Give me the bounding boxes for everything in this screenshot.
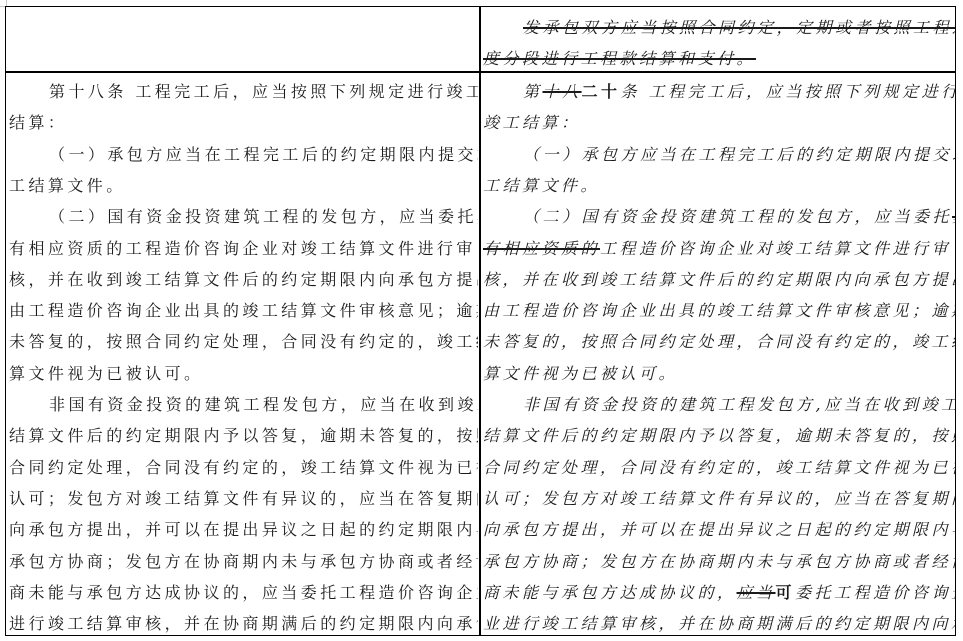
text-segment: 结算： bbox=[9, 113, 67, 132]
text-segment: 结算文件后的约定期限内予以答复，逾期未答复的，按照 bbox=[483, 426, 955, 445]
text-line: （一）承包方应当在工程完工后的约定期限内提交竣 bbox=[9, 139, 478, 170]
text-segment: 合同约定处理，合同没有约定的，竣工结算文件视为已被 bbox=[483, 458, 955, 477]
text-line: （二）国有资金投资建筑工程的发包方，应当委托具 bbox=[483, 201, 955, 232]
text-line: 竣工结算： bbox=[483, 107, 581, 138]
text-segment: 由工程造价咨询企业出具的竣工结算文件审核意见；逾期 bbox=[483, 301, 955, 320]
text-line: 业进行竣工结算审核，并在协商期满后的约定期限内向承 bbox=[483, 608, 955, 635]
text-line: 向承包方提出，并可以在提出异议之日起的约定期限内与 bbox=[9, 514, 478, 545]
cell-revised-top: 发承包双方应当按照合同约定，定期或者按照工程进度分段进行工程款结算和支付。 bbox=[481, 8, 955, 71]
text-segment: 业进行竣工结算审核，并在协商期满后的约定期限内向承 bbox=[483, 614, 955, 633]
deleted-text: 度分段进行工程款结算和支付。 bbox=[483, 49, 756, 68]
text-segment: 竣工结算： bbox=[483, 113, 581, 132]
text-line: 工结算文件。 bbox=[9, 170, 126, 201]
text-segment: 由工程造价咨询企业出具的竣工结算文件审核意见；逾期 bbox=[9, 301, 478, 320]
text-line: 非国有资金投资的建筑工程发包方,应当在收到竣工 bbox=[483, 389, 955, 420]
cell-original-top bbox=[7, 8, 478, 71]
text-line: 进行竣工结算审核，并在协商期满后的约定期限内向承包 bbox=[9, 608, 478, 635]
text-line: 核，并在收到竣工结算文件后的约定期限内向承包方提出 bbox=[483, 264, 955, 295]
text-line: 发承包双方应当按照合同约定，定期或者按照工程进 bbox=[483, 12, 955, 43]
text-segment: 认可；发包方对竣工结算文件有异议的，应当在答复期内 bbox=[9, 489, 478, 508]
deleted-text: 具 bbox=[952, 207, 955, 226]
text-segment: 未答复的，按照合同约定处理，合同没有约定的，竣工结 bbox=[483, 332, 955, 351]
cell-revised-article: 第十八二十条 工程完工后，应当按照下列规定进行竣工结算：（一）承包方应当在工程完… bbox=[481, 73, 955, 635]
text-segment: 条 工程完工后，应当按照下列规定进行 bbox=[621, 82, 955, 101]
text-segment: 第 bbox=[523, 82, 543, 101]
text-segment: 承包方协商；发包方在协商期内未与承包方协商或者经协 bbox=[9, 552, 478, 571]
text-segment: 核，并在收到竣工结算文件后的约定期限内向承包方提出 bbox=[483, 270, 955, 289]
text-line: 由工程造价咨询企业出具的竣工结算文件审核意见；逾期 bbox=[483, 295, 955, 326]
text-segment: （一）承包方应当在工程完工后的约定期限内提交竣 bbox=[49, 145, 478, 164]
text-line: 有相应资质的工程造价咨询企业对竣工结算文件进行审 bbox=[483, 233, 951, 264]
text-line: 承包方协商；发包方在协商期内未与承包方协商或者经协 bbox=[483, 546, 955, 577]
text-line: 未答复的，按照合同约定处理，合同没有约定的，竣工结 bbox=[9, 326, 478, 357]
text-line: 结算文件后的约定期限内予以答复，逾期未答复的，按照 bbox=[9, 420, 478, 451]
text-line: 向承包方提出，并可以在提出异议之日起的约定期限内与 bbox=[483, 514, 955, 545]
text-line: 算文件视为已被认可。 bbox=[9, 358, 204, 389]
text-segment: （一）承包方应当在工程完工后的约定期限内提交竣 bbox=[523, 145, 955, 164]
text-line: 结算文件后的约定期限内予以答复，逾期未答复的，按照 bbox=[483, 420, 955, 451]
deleted-text: 十八 bbox=[543, 82, 582, 101]
text-segment: 非国有资金投资的建筑工程发包方,应当在收到竣工 bbox=[523, 395, 955, 414]
text-segment: 第十八条 工程完工后，应当按照下列规定进行竣工 bbox=[49, 82, 478, 101]
text-segment: 未答复的，按照合同约定处理，合同没有约定的，竣工结 bbox=[9, 332, 478, 351]
text-line: 商未能与承包方达成协议的，应当委托工程造价咨询企业 bbox=[9, 577, 478, 608]
text-line: （二）国有资金投资建筑工程的发包方，应当委托具 bbox=[9, 201, 478, 232]
text-segment: 商未能与承包方达成协议的，应当委托工程造价咨询企业 bbox=[9, 583, 478, 602]
text-line: 非国有资金投资的建筑工程发包方，应当在收到竣工 bbox=[9, 389, 478, 420]
text-line: 算文件视为已被认可。 bbox=[483, 358, 678, 389]
text-line: 由工程造价咨询企业出具的竣工结算文件审核意见；逾期 bbox=[9, 295, 478, 326]
text-line: 结算： bbox=[9, 107, 67, 138]
deleted-text: 发承包双方应当按照合同约定，定期或者按照工程进 bbox=[523, 18, 955, 37]
text-line: 认可；发包方对竣工结算文件有异议的，应当在答复期内 bbox=[483, 483, 955, 514]
text-segment: 认可；发包方对竣工结算文件有异议的，应当在答复期内 bbox=[483, 489, 955, 508]
text-line: 商未能与承包方达成协议的，应当可委托工程造价咨询企 bbox=[483, 577, 955, 608]
text-segment: 有相应资质的工程造价咨询企业对竣工结算文件进行审 bbox=[9, 239, 476, 258]
text-segment: （二）国有资金投资建筑工程的发包方，应当委托具 bbox=[49, 207, 478, 226]
text-line: 工结算文件。 bbox=[483, 170, 600, 201]
text-line: 承包方协商；发包方在协商期内未与承包方协商或者经协 bbox=[9, 546, 478, 577]
deleted-text: 有相应资质的 bbox=[483, 239, 600, 258]
text-segment: （二）国有资金投资建筑工程的发包方，应当委托 bbox=[523, 207, 952, 226]
text-segment: 算文件视为已被认可。 bbox=[9, 364, 204, 383]
text-segment: 非国有资金投资的建筑工程发包方，应当在收到竣工 bbox=[49, 395, 478, 414]
text-line: 度分段进行工程款结算和支付。 bbox=[483, 43, 756, 71]
text-segment: 工结算文件。 bbox=[9, 176, 126, 195]
text-line: （一）承包方应当在工程完工后的约定期限内提交竣 bbox=[483, 139, 955, 170]
text-segment: 核，并在收到竣工结算文件后的约定期限内向承包方提出 bbox=[9, 270, 478, 289]
text-segment: 合同约定处理，合同没有约定的，竣工结算文件视为已被 bbox=[9, 458, 478, 477]
text-segment: 委托工程造价咨询企 bbox=[795, 583, 955, 602]
cell-original-article: 第十八条 工程完工后，应当按照下列规定进行竣工结算：（一）承包方应当在工程完工后… bbox=[7, 73, 478, 635]
text-line: 有相应资质的工程造价咨询企业对竣工结算文件进行审 bbox=[9, 233, 476, 264]
text-line: 第十八条 工程完工后，应当按照下列规定进行竣工 bbox=[9, 76, 478, 107]
text-segment: 结算文件后的约定期限内予以答复，逾期未答复的，按照 bbox=[9, 426, 478, 445]
text-segment: 向承包方提出，并可以在提出异议之日起的约定期限内与 bbox=[483, 520, 955, 539]
deleted-text: 应当 bbox=[737, 583, 776, 602]
text-line: 合同约定处理，合同没有约定的，竣工结算文件视为已被 bbox=[483, 452, 955, 483]
text-segment: 商未能与承包方达成协议的， bbox=[483, 583, 737, 602]
text-segment: 算文件视为已被认可。 bbox=[483, 364, 678, 383]
text-segment: 承包方协商；发包方在协商期内未与承包方协商或者经协 bbox=[483, 552, 955, 571]
text-line: 认可；发包方对竣工结算文件有异议的，应当在答复期内 bbox=[9, 483, 478, 514]
text-line: 合同约定处理，合同没有约定的，竣工结算文件视为已被 bbox=[9, 452, 478, 483]
text-line: 第十八二十条 工程完工后，应当按照下列规定进行 bbox=[483, 76, 955, 107]
inserted-text: 可 bbox=[776, 583, 796, 602]
text-segment: 工结算文件。 bbox=[483, 176, 600, 195]
text-segment: 工程造价咨询企业对竣工结算文件进行审 bbox=[600, 239, 951, 258]
text-line: 核，并在收到竣工结算文件后的约定期限内向承包方提出 bbox=[9, 264, 478, 295]
inserted-text: 二十 bbox=[582, 82, 621, 101]
text-line: 未答复的，按照合同约定处理，合同没有约定的，竣工结 bbox=[483, 326, 955, 357]
text-segment: 进行竣工结算审核，并在协商期满后的约定期限内向承包 bbox=[9, 614, 478, 633]
text-segment: 向承包方提出，并可以在提出异议之日起的约定期限内与 bbox=[9, 520, 478, 539]
